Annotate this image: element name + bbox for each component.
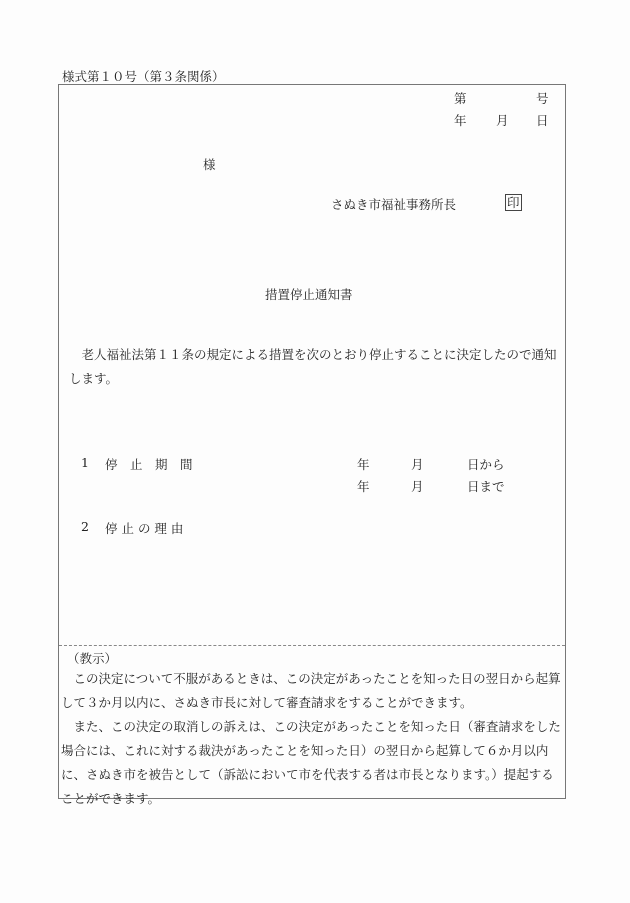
item-2-label: 停 止 の 理 由 [105, 519, 183, 537]
period-start-day: 日から [467, 455, 505, 473]
item-1-label: 停 止 期 間 [105, 455, 193, 473]
notice-heading: （教示） [67, 649, 117, 667]
item-2-number: 2 [81, 519, 89, 534]
seal-mark: 印 [505, 194, 522, 211]
number-prefix: 第 [454, 89, 467, 107]
recipient-honorific: 様 [203, 155, 216, 173]
number-suffix: 号 [536, 89, 549, 107]
period-start-month: 月 [411, 455, 424, 473]
period-end-day: 日まで [467, 477, 505, 495]
date-year: 年 [454, 111, 467, 129]
date-month: 月 [496, 111, 509, 129]
period-end-month: 月 [411, 477, 424, 495]
period-end-year: 年 [357, 477, 370, 495]
notice-paragraph-2: また、この決定の取消しの訴えは、この決定があったことを知った日（審査請求をした場… [61, 715, 565, 811]
date-day: 日 [536, 111, 549, 129]
item-1-number: 1 [81, 455, 89, 470]
sender-title: さぬき市福祉事務所長 [331, 195, 456, 213]
period-start-year: 年 [357, 455, 370, 473]
notice-paragraph-1: この決定について不服があるときは、この決定があったことを知った日の翌日から起算し… [61, 667, 565, 715]
form-number-label: 様式第１０号（第３条関係） [62, 67, 225, 85]
notice-divider [59, 645, 565, 646]
document-title: 措置停止通知書 [265, 285, 353, 303]
document-frame: 第 号 年 月 日 様 さぬき市福祉事務所長 印 措置停止通知書 老人福祉法第１… [58, 84, 566, 799]
body-text: 老人福祉法第１１条の規定による措置を次のとおり停止することに決定したので通知しま… [69, 343, 559, 391]
